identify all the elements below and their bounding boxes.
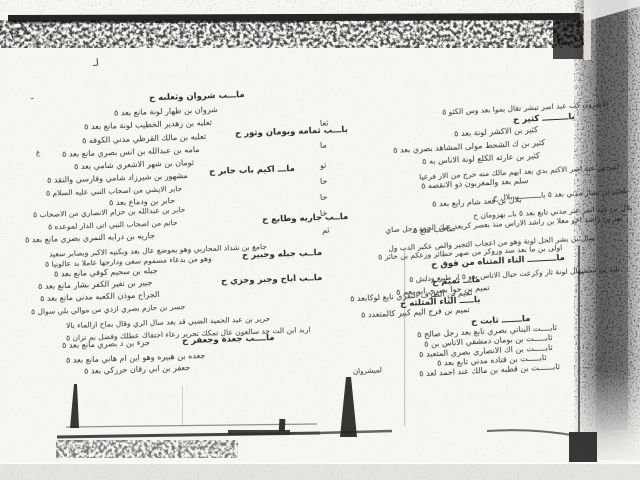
manuscript-scan-page: ١٤٦ ماـــب شروان وثعلبه حشروان بن طهار ل…	[0, 0, 640, 480]
paper-grain	[0, 0, 640, 480]
gutter-white-gap	[584, 8, 591, 60]
center-fold-crease	[404, 248, 405, 426]
corner-ink-block	[569, 432, 597, 464]
page-edge-line	[578, 246, 580, 436]
smudge-flag-mark	[279, 419, 286, 435]
fold-crease-lower	[182, 386, 183, 426]
top-edge-specks	[0, 0, 600, 13]
top-band-noise	[0, 20, 584, 48]
speck-cloud	[56, 440, 238, 458]
scan-artifacts-layer	[0, 0, 640, 480]
bottom-scan-strip	[0, 462, 640, 480]
catchword: لميشروان	[353, 366, 382, 376]
